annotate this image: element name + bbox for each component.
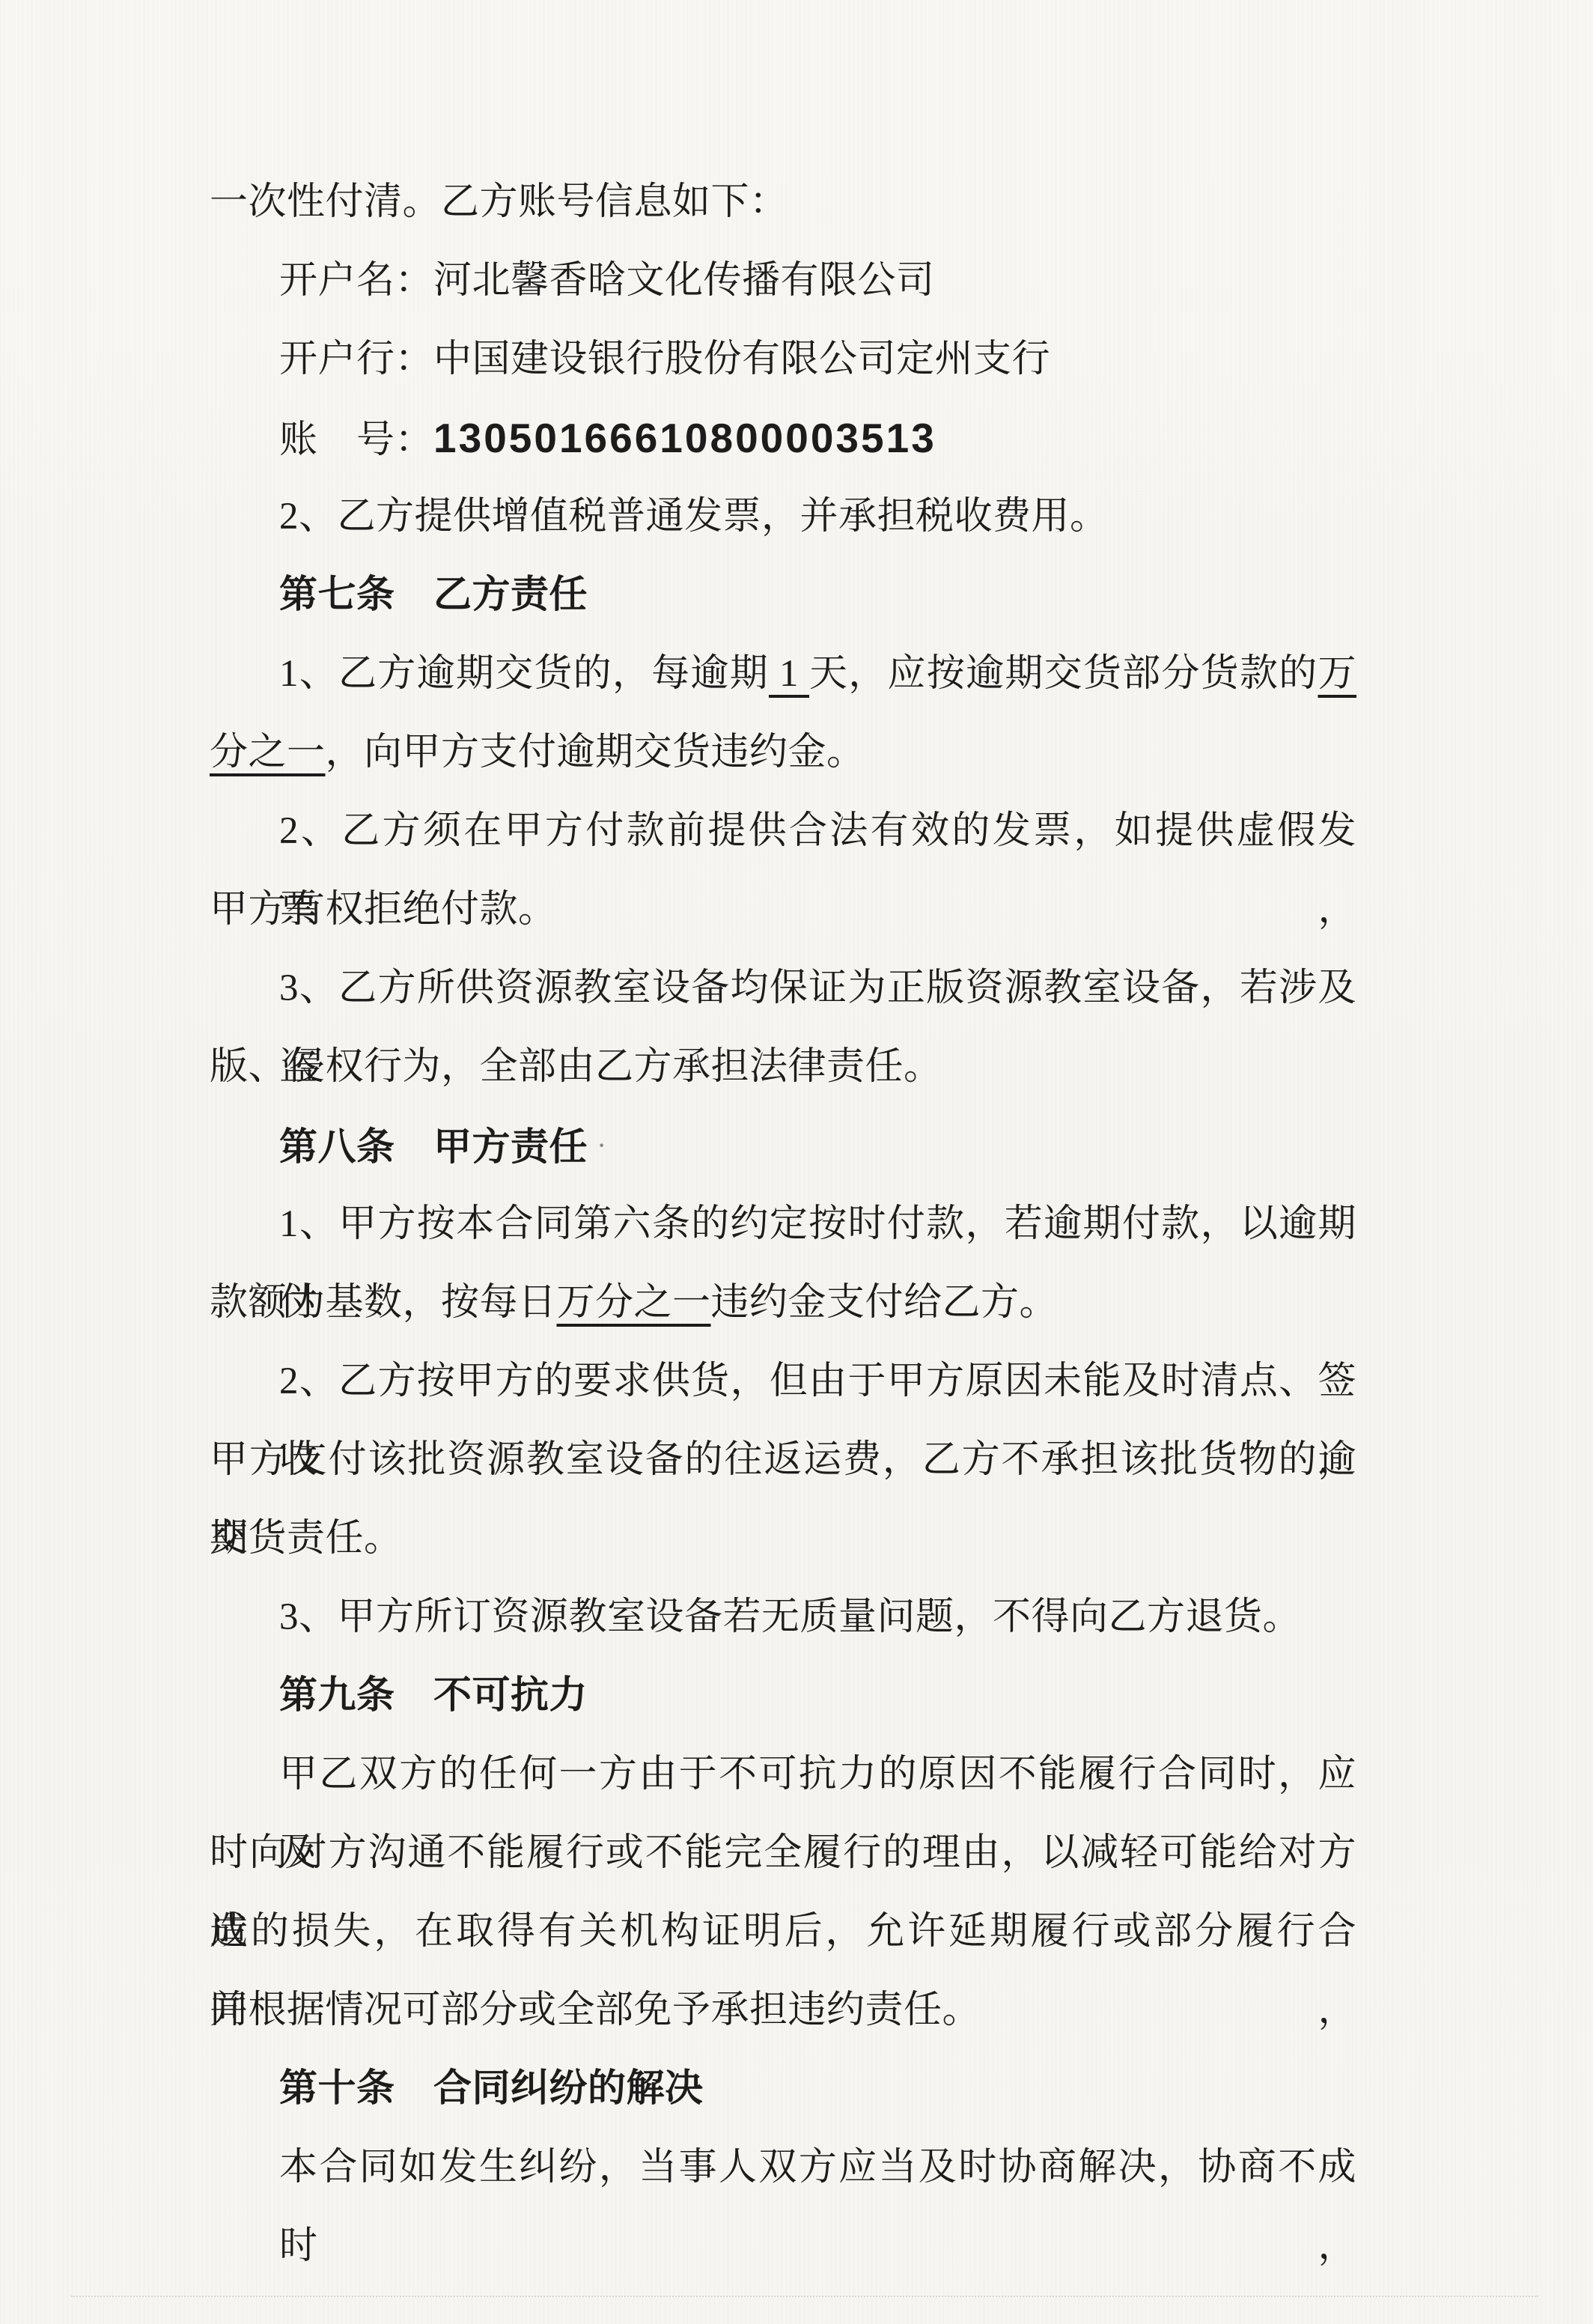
- heading-line-25: 第十条 合同纠纷的解决: [210, 2050, 1356, 2129]
- text-run: 2、乙方提供增值税普通发票，并承担税收费用。: [279, 496, 1109, 538]
- text-line-14: 1、甲方按本合同第六条的约定按时付款，若逾期付款，以逾期付: [210, 1185, 1356, 1264]
- text-run: 甲方有权拒绝付款。: [210, 889, 557, 931]
- text-line-5: 2、乙方提供增值税普通发票，并承担税收费用。: [210, 478, 1356, 556]
- text-run: 账 号：: [279, 419, 433, 461]
- text-line-18: 交货责任。: [210, 1500, 1356, 1578]
- stray-dot-mark: ·: [588, 1134, 605, 1158]
- scan-artifact-line: [71, 2296, 1538, 2297]
- contract-page: 一次性付清。乙方账号信息如下：开户名：河北馨香晗文化传播有限公司开户行：中国建设…: [0, 0, 1593, 2324]
- text-line-11: 3、乙方所供资源教室设备均保证为正版资源教室设备，若涉及盗: [210, 949, 1356, 1028]
- contract-text-block: 一次性付清。乙方账号信息如下：开户名：河北馨香晗文化传播有限公司开户行：中国建设…: [210, 163, 1356, 2207]
- text-run: 版、侵权行为，全部由乙方承担法律责任。: [210, 1046, 942, 1088]
- text-run: 第七条 乙方责任: [279, 574, 588, 616]
- text-line-15: 款额为基数，按每日万分之一违约金支付给乙方。: [210, 1264, 1356, 1342]
- heading-line-6: 第七条 乙方责任: [210, 556, 1356, 635]
- text-line-4: 账 号：13050166610800003513: [210, 399, 1356, 478]
- text-line-19: 3、甲方所订资源教室设备若无质量问题，不得向乙方退货。: [210, 1578, 1356, 1657]
- text-line-9: 2、乙方须在甲方付款前提供合法有效的发票，如提供虚假发票，: [210, 792, 1356, 871]
- text-run: ，向甲方支付逾期交货违约金。: [326, 731, 865, 773]
- text-line-8: 分之一，向甲方支付逾期交货违约金。: [210, 714, 1356, 792]
- heading-line-20: 第九条 不可抗力: [210, 1657, 1356, 1736]
- underlined-text: 1: [769, 653, 809, 695]
- text-run: 本合同如发生纠纷，当事人双方应当及时协商解决，协商不成时，: [279, 2147, 1356, 2267]
- text-run: 第八条 甲方责任: [279, 1127, 588, 1169]
- underlined-text: 万: [1318, 653, 1356, 695]
- text-run: 1、乙方逾期交货的，每逾期: [279, 653, 769, 695]
- text-run: 并根据情况可部分或全部免予承担违约责任。: [210, 1989, 981, 2031]
- text-run: 一次性付清。乙方账号信息如下：: [210, 181, 788, 223]
- text-run: 开户名：河北馨香晗文化传播有限公司: [279, 260, 935, 302]
- text-run: 天，应按逾期交货部分货款的: [809, 653, 1318, 695]
- text-line-26: 本合同如发生纠纷，当事人双方应当及时协商解决，协商不成时，: [210, 2129, 1356, 2207]
- text-line-23: 成的损失，在取得有关机构证明后，允许延期履行或部分履行合同，: [210, 1893, 1356, 1971]
- underlined-text: 万分之一: [557, 1282, 711, 1324]
- text-run: 交货责任。: [210, 1518, 403, 1560]
- text-line-12: 版、侵权行为，全部由乙方承担法律责任。: [210, 1028, 1356, 1107]
- document-body: { "page": { "paper_color": "#f7f5f2", "t…: [0, 0, 1593, 2324]
- text-run: 违约金支付给乙方。: [711, 1282, 1059, 1324]
- text-line-2: 开户名：河北馨香晗文化传播有限公司: [210, 242, 1356, 320]
- text-line-17: 甲方支付该批资源教室设备的往返运费，乙方不承担该批货物的逾期: [210, 1421, 1356, 1500]
- heading-line-13: 第八条 甲方责任 ·: [210, 1107, 1356, 1185]
- text-run: 3、甲方所订资源教室设备若无质量问题，不得向乙方退货。: [279, 1596, 1301, 1638]
- text-line-22: 时向对方沟通不能履行或不能完全履行的理由，以减轻可能给对方造: [210, 1814, 1356, 1893]
- text-line-3: 开户行：中国建设银行股份有限公司定州支行: [210, 320, 1356, 399]
- text-run: 第九条 不可抗力: [279, 1675, 588, 1717]
- text-run: 开户行：中国建设银行股份有限公司定州支行: [279, 338, 1050, 380]
- text-line-1: 一次性付清。乙方账号信息如下：: [210, 163, 1356, 242]
- text-run: 款额为基数，按每日: [210, 1282, 557, 1324]
- text-line-16: 2、乙方按甲方的要求供货，但由于甲方原因未能及时清点、签收，: [210, 1342, 1356, 1421]
- underlined-text: 分之一: [210, 731, 326, 773]
- text-line-7: 1、乙方逾期交货的，每逾期 1 天，应按逾期交货部分货款的万: [210, 635, 1356, 714]
- text-line-21: 甲乙双方的任何一方由于不可抗力的原因不能履行合同时，应及: [210, 1736, 1356, 1814]
- account-number: 13050166610800003513: [433, 415, 936, 461]
- text-run: 第十条 合同纠纷的解决: [279, 2068, 704, 2110]
